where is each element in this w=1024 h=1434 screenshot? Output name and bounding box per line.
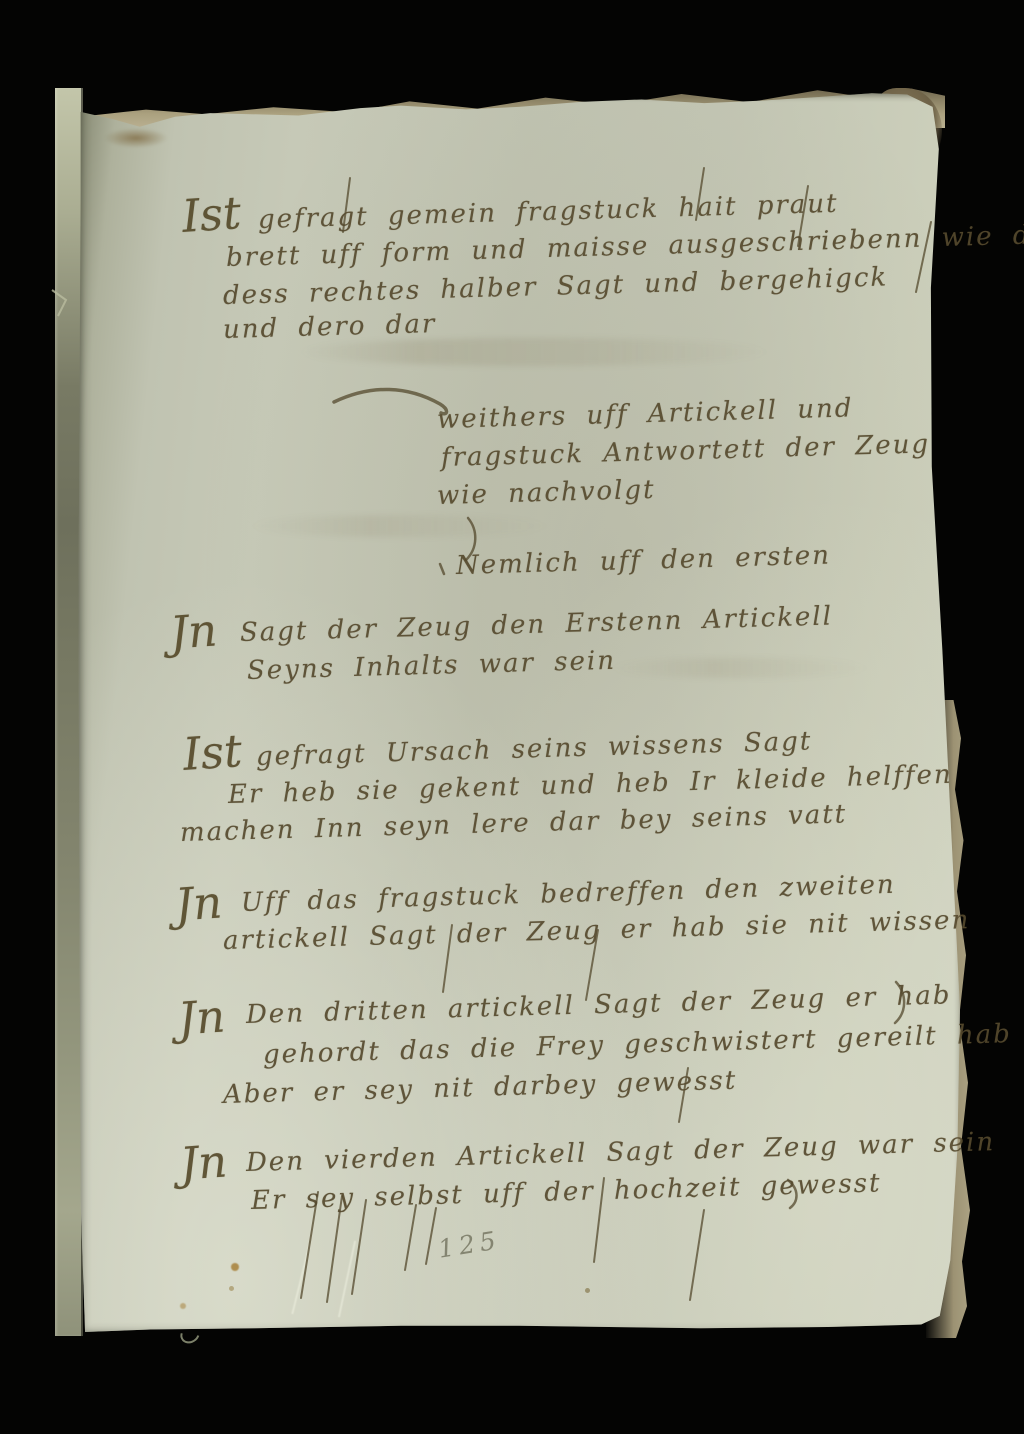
manuscript-line: wie nachvolgt: [437, 475, 656, 511]
initial-letter: Jn: [176, 989, 227, 1045]
initial-letter: Ist: [180, 186, 243, 243]
initial-letter: Jn: [168, 603, 219, 659]
initial-letter: Ist: [181, 724, 244, 781]
initial-letter: Jn: [173, 875, 224, 931]
verso-show-through: [610, 658, 870, 678]
verso-show-through: [300, 338, 770, 366]
verso-show-through: [250, 515, 550, 537]
initial-letter: Jn: [178, 1134, 229, 1190]
manuscript-photo: Ist gefragt gemein fragstuck hait praut …: [0, 0, 1024, 1434]
book-spine-strip: [55, 88, 83, 1336]
manuscript-line: und dero dar: [223, 309, 437, 345]
